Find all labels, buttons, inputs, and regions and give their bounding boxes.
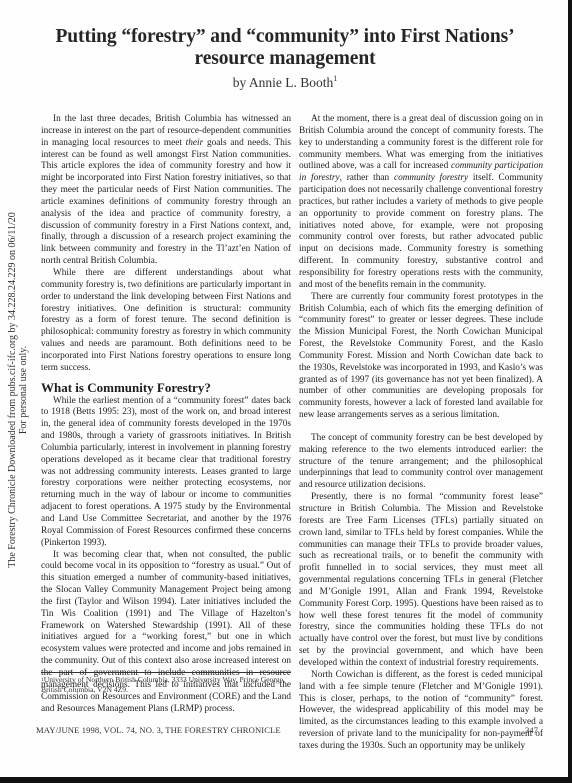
article-title: Putting “forestry” and “community” into … [40, 26, 530, 70]
paragraph-tenure: Presently, there is no formal “community… [299, 492, 543, 670]
emphasis-community-forestry: community forestry [394, 173, 468, 183]
footnote: 1University of Northern British Columbia… [41, 675, 291, 695]
footnote-text: University of Northern British Columbia,… [41, 675, 285, 694]
running-footer: MAY/JUNE 1998, VOL. 74, NO. 3, THE FORES… [36, 725, 281, 735]
title-line-1: Putting “forestry” and “community” into … [40, 26, 530, 48]
download-notice: The Forestry Chronicle Downloaded from p… [3, 130, 33, 650]
page-number: 347 [525, 725, 538, 735]
paragraph-concept: The concept of community forestry can be… [299, 433, 543, 492]
text-run: goals and needs. This interest can be fo… [41, 138, 291, 266]
author-footnote-marker: 1 [333, 74, 337, 83]
paragraph-history: While the earliest mention of a “communi… [41, 396, 291, 550]
paragraph-discussion: At the moment, there is a great deal of … [299, 114, 543, 292]
author-name: by Annie L. Booth [233, 75, 334, 90]
journal-page: Putting “forestry” and “community” into … [0, 0, 568, 777]
download-notice-line-2: For personal use only. [18, 130, 29, 650]
text-run: itself. Community participation does not… [299, 173, 543, 290]
author-byline: by Annie L. Booth1 [40, 75, 530, 91]
scan-edge-bottom [0, 777, 572, 783]
emphasis-their: their [186, 138, 204, 148]
paragraph-prototypes: There are currently four community fores… [299, 292, 543, 422]
text-run: , rather than [340, 173, 394, 183]
right-column: At the moment, there is a great deal of … [299, 114, 543, 753]
paragraph-north-cowichan: North Cowichan is different, as the fore… [299, 670, 543, 753]
scan-edge-right [568, 0, 572, 783]
section-heading: What is Community Forestry? [41, 380, 291, 395]
download-notice-line-1: The Forestry Chronicle Downloaded from p… [7, 130, 18, 650]
paragraph-intro: In the last three decades, British Colum… [41, 114, 291, 268]
paragraph-definitions: While there are different understandings… [41, 268, 291, 375]
title-line-2: resource management [40, 48, 530, 70]
footnote-divider [41, 672, 291, 673]
left-column: In the last three decades, British Colum… [41, 114, 291, 715]
